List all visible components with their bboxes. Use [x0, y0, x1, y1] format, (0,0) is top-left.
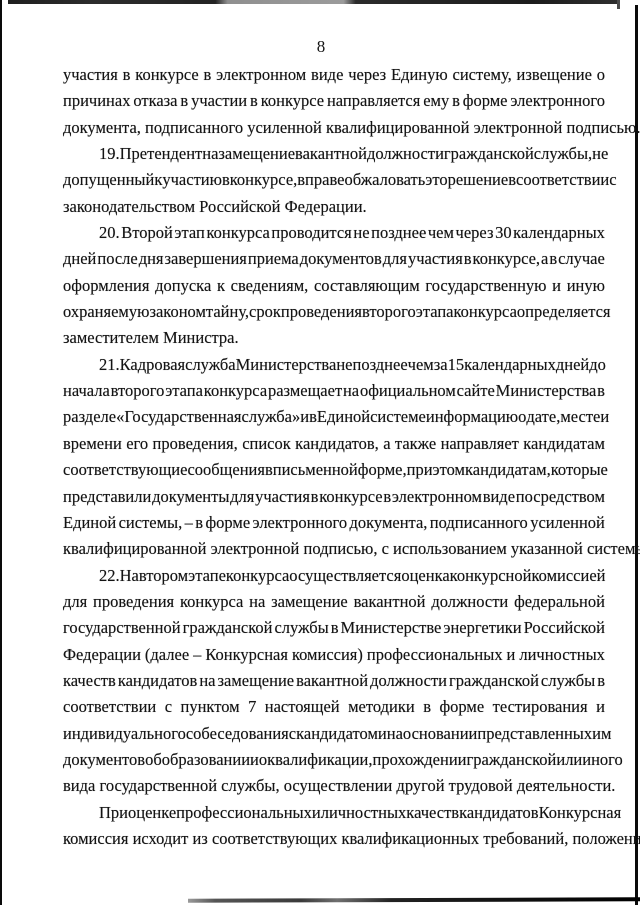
text-line: допущенныйкучастиювконкурсе,вправеобжало…: [63, 167, 605, 193]
page-number: 8: [50, 37, 592, 57]
text-line: документа, подписанного усиленной квалиф…: [63, 115, 605, 141]
text-line: оформлениядопускаксведениям,составляющим…: [63, 273, 605, 299]
scan-edge-right: [635, 5, 638, 905]
scan-edge-left: [0, 0, 2, 905]
text-line: соответствующиесообщениявписьменнойформе…: [63, 457, 605, 483]
text-line: Единойсистемы,–вформеэлектронногодокумен…: [63, 510, 605, 536]
text-line: разделе«Государственнаяслужба»ивЕдинойси…: [63, 404, 605, 430]
text-line: законодательством Российской Федерации.: [63, 194, 605, 220]
paragraph: 21.КадроваяслужбаМинистерстванепозднеече…: [63, 352, 605, 563]
text-line: индивидуальногособеседованияскандидатоми…: [63, 721, 605, 747]
text-line: причинахотказавучастиивконкурсенаправляе…: [63, 88, 605, 114]
text-line: участиявконкурсевэлектронномвидечерезЕди…: [63, 62, 605, 88]
paragraph: Приоценкепрофессиональныхиличностныхкаче…: [63, 800, 605, 853]
text-line: Федерации(далее–Конкурснаякомиссия)профе…: [63, 642, 605, 668]
text-line: соответствииспунктом7настоящейметодикивф…: [63, 694, 605, 720]
paragraph: 19.Претендентназамещениевакантнойдолжнос…: [63, 141, 605, 220]
text-line: представилидокументыдляучастиявконкурсев…: [63, 484, 605, 510]
text-block: участиявконкурсевэлектронномвидечерезЕди…: [63, 62, 605, 852]
text-line: 20.Второйэтапконкурсапроводитсянепозднее…: [63, 220, 605, 246]
scanned-document-page: { "page": { "number": "8" }, "document":…: [0, 0, 640, 905]
text-line: 19.Претендентназамещениевакантнойдолжнос…: [63, 141, 605, 167]
text-line: 22.Навторомэтапеконкурсаосуществляетсяоц…: [63, 563, 605, 589]
text-line: Приоценкепрофессиональныхиличностныхкаче…: [63, 800, 605, 826]
text-line: заместителем Министра.: [63, 325, 605, 351]
paragraph: 22.Навторомэтапеконкурсаосуществляетсяоц…: [63, 563, 605, 800]
text-line: охраняемуюзакономтайну,срокпроведениявто…: [63, 299, 605, 325]
paragraph: участиявконкурсевэлектронномвидечерезЕди…: [63, 62, 605, 141]
text-line: квалифицированной электронной подписью, …: [63, 536, 605, 562]
text-line: днейпоследнязавершенияприемадокументовдл…: [63, 246, 605, 272]
scan-notch-icon: [617, 0, 620, 9]
scan-edge-top: [8, 0, 618, 4]
text-line: качествкандидатовназамещениевакантнойдол…: [63, 668, 605, 694]
text-line: вида государственной службы, осуществлен…: [63, 773, 605, 799]
text-line: началавторогоэтапаконкурсаразмещаетнаофи…: [63, 378, 605, 404]
scan-edge-bottom: [188, 897, 640, 902]
text-line: документовобобразованиииоквалификации,пр…: [63, 747, 605, 773]
text-line: 21.КадроваяслужбаМинистерстванепозднеече…: [63, 352, 605, 378]
paragraph: 20.Второйэтапконкурсапроводитсянепозднее…: [63, 220, 605, 352]
text-line: комиссия исходит из соответствующих квал…: [63, 826, 605, 852]
text-line: государственнойгражданскойслужбывМинисте…: [63, 615, 605, 641]
text-line: дляпроведенияконкурсаназамещениевакантно…: [63, 589, 605, 615]
text-line: времениегопроведения,списоккандидатов,ат…: [63, 431, 605, 457]
